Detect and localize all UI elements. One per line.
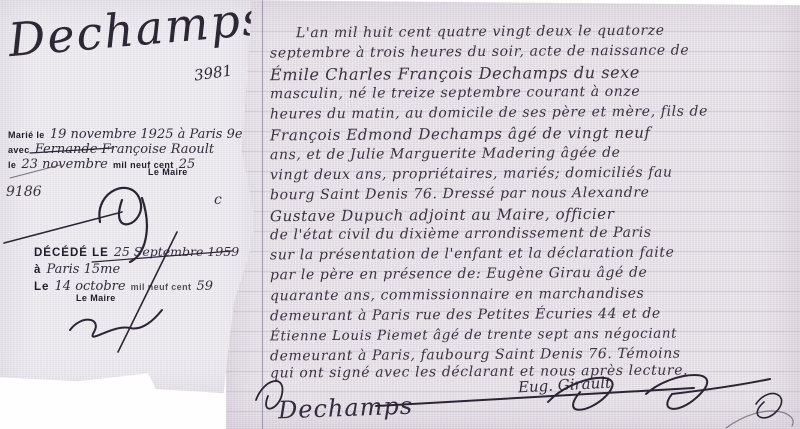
reference-number: 9186 [6, 184, 42, 200]
act-text-line: Étienne Louis Piemet âgé de trente sept … [270, 326, 677, 345]
margin-mark: c [214, 192, 222, 208]
act-text-line: quarante ans, commissionnaire en marchan… [270, 286, 645, 305]
death-date-hand: 25 Septembre 1959 [114, 244, 239, 259]
act-text-line: Émile Charles François Dechamps du sexe [270, 63, 640, 85]
registrant-signature: Dechamps [278, 392, 414, 425]
act-text-line: ans, et de Julie Marguerite Madering âgé… [270, 145, 621, 163]
act-text-line: septembre à trois heures du soir, acte d… [270, 43, 689, 62]
scanned-birth-act: L'an mil huit cent quatre vingt deux le … [0, 0, 800, 429]
death-le-maire-label: Le Maire [76, 293, 116, 303]
act-text-line: heures du matin, au domicile de ses père… [270, 103, 708, 122]
marriage-le-maire-label: Le Maire [148, 167, 188, 177]
margin-scrap: Dechamps 3981 Marié le 19 novembre 1925 … [0, 0, 260, 393]
act-page: L'an mil huit cent quatre vingt deux le … [226, 0, 800, 429]
registry-name-header: Dechamps [6, 0, 269, 67]
printed-le: le [8, 160, 16, 170]
act-text-line: demeurant à Paris, faubourg Saint Denis … [270, 346, 681, 365]
transcription-date-hand: 23 novembre [21, 157, 107, 172]
margin-rule-line [262, 0, 263, 429]
act-text-line: Gustave Dupuch adjoint au Maire, officie… [270, 205, 615, 225]
act-text-line: vingt deux ans, propriétaires, mariés; d… [270, 165, 673, 184]
printed-mil-neuf-cent-2: mil neuf cent [131, 282, 192, 292]
act-text-line: François Edmond Dechamps âgé de vingt ne… [270, 124, 651, 145]
act-text-line: de l'état civil du dixième arrondissemen… [270, 225, 652, 244]
printed-le2: Le [34, 281, 49, 293]
death-note-line3: Le 14 octobre mil neuf cent 59 [34, 275, 213, 294]
act-text-line: sur la présentation de l'enfant et la dé… [270, 245, 675, 264]
act-number: 3981 [193, 61, 233, 84]
act-text-line: L'an mil huit cent quatre vingt deux le … [296, 23, 665, 42]
death-transcription-date-hand: 14 octobre [55, 279, 126, 294]
witness1-signature: Eug. Girault [518, 374, 612, 397]
act-text-line: demeurant à Paris rue des Petites Écurie… [270, 306, 661, 325]
act-text-line: par le père en présence de: Eugène Girau… [270, 265, 648, 284]
act-text-line: qui ont signé avec les déclarant et nous… [270, 363, 688, 382]
act-text-line: bourg Saint Denis 76. Dressé par nous Al… [270, 185, 650, 204]
death-transcription-year-hand: 59 [196, 279, 213, 294]
act-text-line: masculin, né le treize septembre courant… [270, 84, 640, 103]
